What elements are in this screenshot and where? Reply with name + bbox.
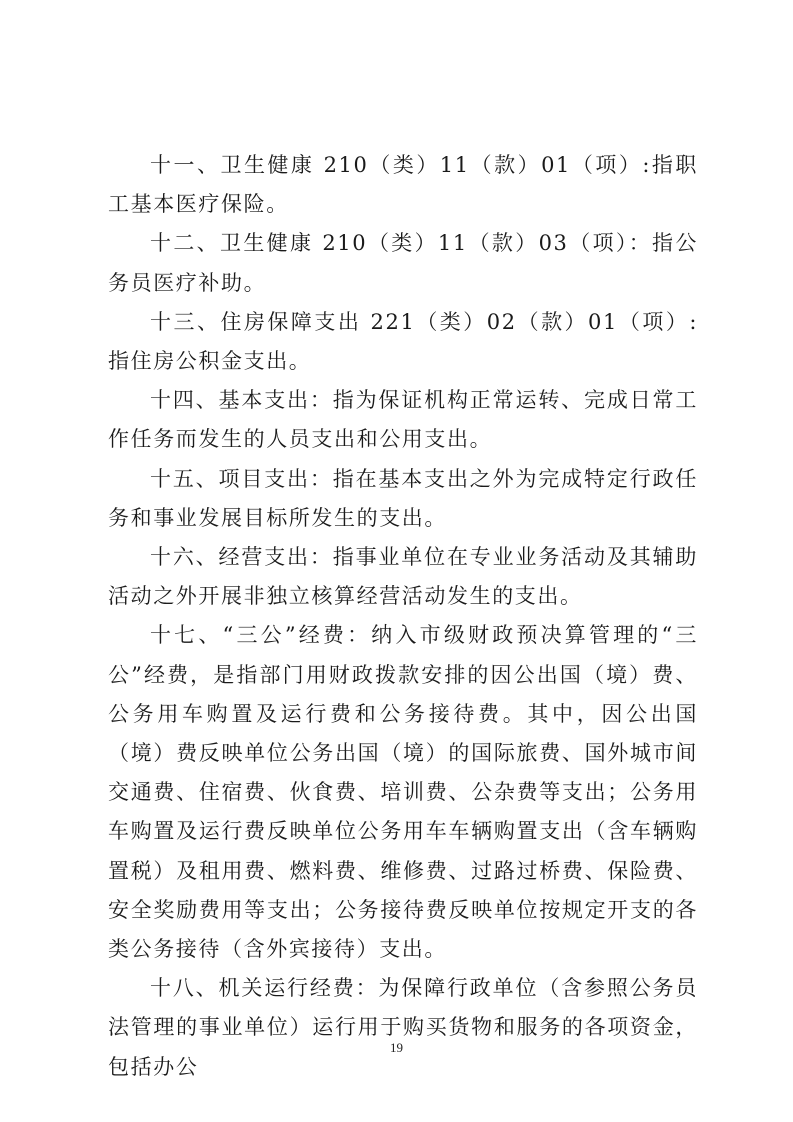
paragraph-13: 十三、住房保障支出 221（类）02（款）01（项）:指住房公积金支出。 (108, 303, 698, 381)
document-page: 十一、卫生健康 210（类）11（款）01（项）:指职工基本医疗保险。 十二、卫… (0, 0, 793, 1122)
body-text: 十一、卫生健康 210（类）11（款）01（项）:指职工基本医疗保险。 十二、卫… (108, 146, 698, 1087)
paragraph-11: 十一、卫生健康 210（类）11（款）01（项）:指职工基本医疗保险。 (108, 146, 698, 224)
paragraph-14: 十四、基本支出：指为保证机构正常运转、完成日常工作任务而发生的人员支出和公用支出… (108, 381, 698, 459)
paragraph-17: 十七、“三公”经费：纳入市级财政预决算管理的“三公”经费，是指部门用财政拨款安排… (108, 616, 698, 969)
paragraph-12: 十二、卫生健康 210（类）11（款）03（项）：指公务员医疗补助。 (108, 224, 698, 302)
paragraph-15: 十五、项目支出：指在基本支出之外为完成特定行政任务和事业发展目标所发生的支出。 (108, 460, 698, 538)
page-number: 19 (0, 1040, 793, 1056)
paragraph-16: 十六、经营支出：指事业单位在专业业务活动及其辅助活动之外开展非独立核算经营活动发… (108, 538, 698, 616)
paragraph-18: 十八、机关运行经费：为保障行政单位（含参照公务员法管理的事业单位）运行用于购买货… (108, 969, 698, 1087)
